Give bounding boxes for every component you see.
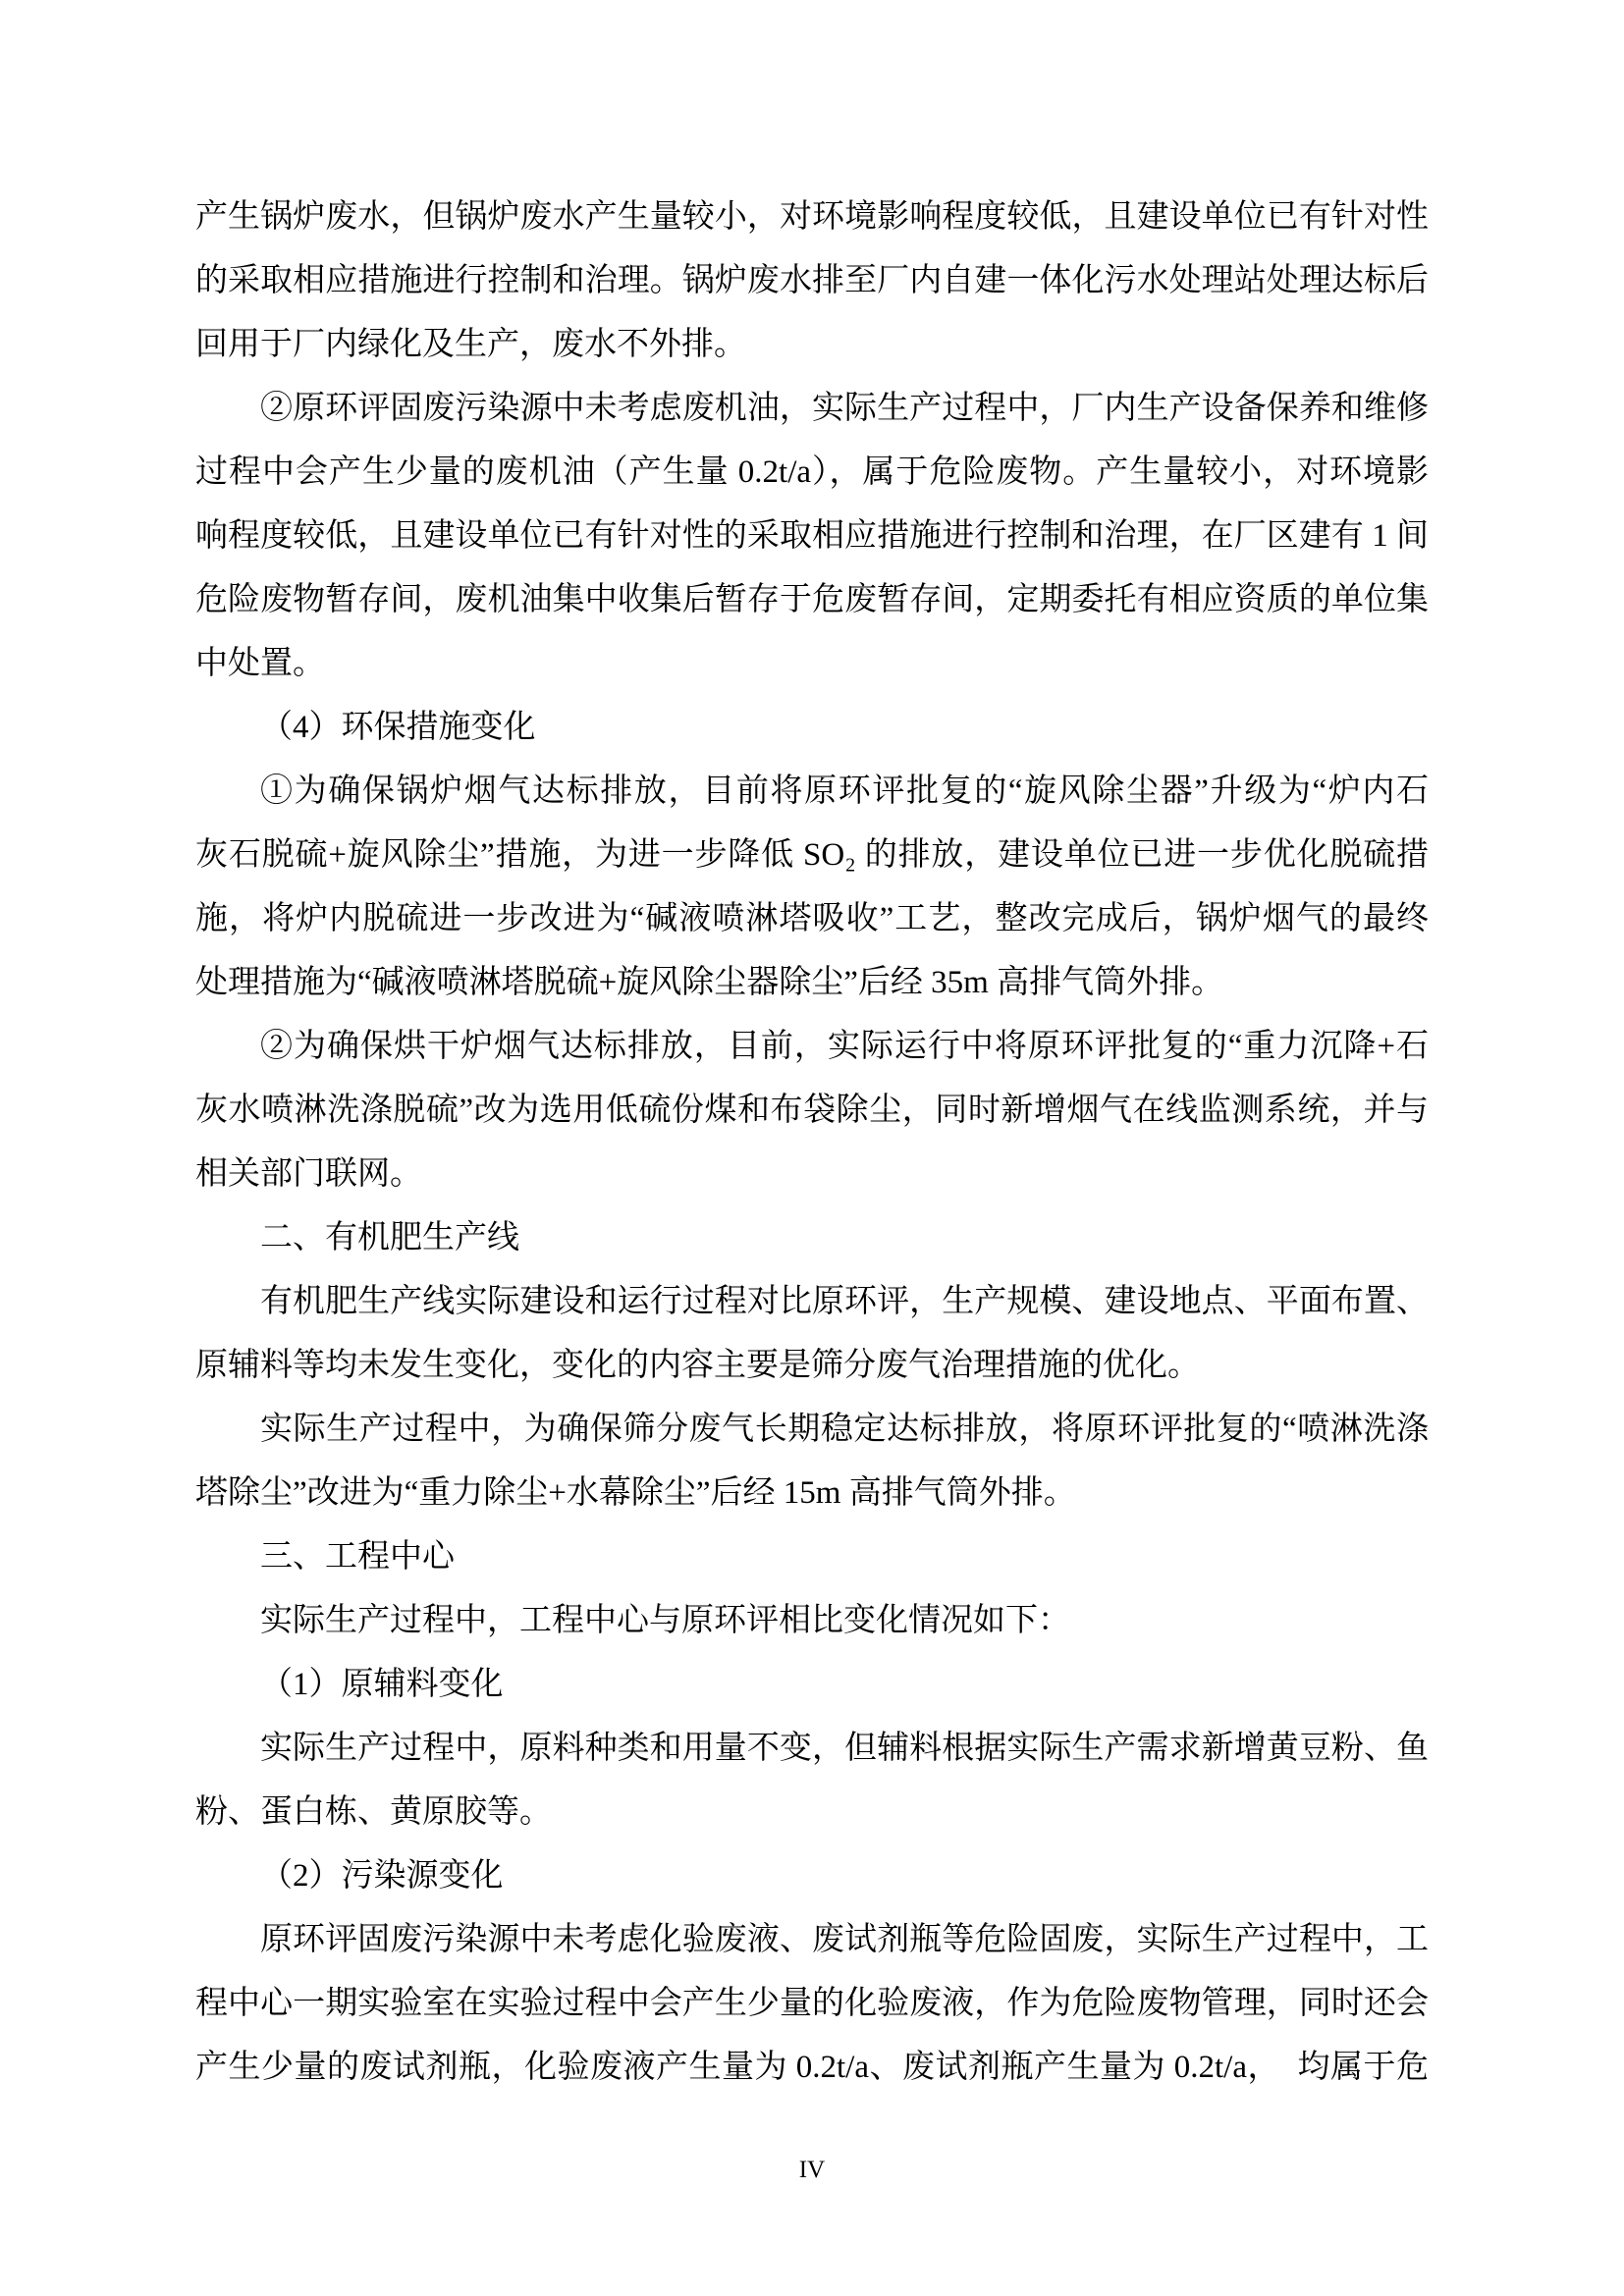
text-line: 回用于厂内绿化及生产，废水不外排。 [195,313,1429,377]
section-heading-line: 三、工程中心 [195,1525,1429,1589]
text-line: 过程中会产生少量的废机油（产生量 0.2t/a），属于危险废物。产生量较小，对环… [195,441,1429,505]
text-line: 处理措施为“碱液喷淋塔脱硫+旋风除尘器除尘”后经 35m 高排气筒外排。 [195,951,1429,1015]
text-line: ②原环评固废污染源中未考虑废机油，实际生产过程中，厂内生产设备保养和维修 [195,377,1429,441]
text-line: 实际生产过程中，工程中心与原环评相比变化情况如下： [195,1589,1429,1653]
text-line: 危险废物暂存间，废机油集中收集后暂存于危废暂存间，定期委托有相应资质的单位集 [195,568,1429,632]
text-line: 实际生产过程中，原料种类和用量不变，但辅料根据实际生产需求新增黄豆粉、鱼 [195,1717,1429,1781]
text-line: 施，将炉内脱硫进一步改进为“碱液喷淋塔吸收”工艺，整改完成后，锅炉烟气的最终 [195,887,1429,951]
text-line: 塔除尘”改进为“重力除尘+水幕除尘”后经 15m 高排气筒外排。 [195,1462,1429,1525]
text-line: ①为确保锅炉烟气达标排放，目前将原环评批复的“旋风除尘器”升级为“炉内石 [195,760,1429,824]
text-line: 产生锅炉废水，但锅炉废水产生量较小，对环境影响程度较低，且建设单位已有针对性 [195,186,1429,249]
text-line: 原辅料等均未发生变化，变化的内容主要是筛分废气治理措施的优化。 [195,1334,1429,1398]
text-line: 粉、蛋白栋、黄原胶等。 [195,1781,1429,1844]
text-line: 相关部门联网。 [195,1143,1429,1206]
text-line: 响程度较低，且建设单位已有针对性的采取相应措施进行控制和治理，在厂区建有 1 间 [195,505,1429,568]
text-line: 原环评固废污染源中未考虑化验废液、废试剂瓶等危险固废，实际生产过程中，工 [195,1908,1429,1972]
text-line: 灰石脱硫+旋风除尘”措施，为进一步降低 SO₂ 的排放，建设单位已进一步优化脱硫… [195,824,1429,887]
text-line: 有机肥生产线实际建设和运行过程对比原环评，生产规模、建设地点、平面布置、 [195,1270,1429,1334]
section-heading-line: （4）环保措施变化 [195,696,1429,760]
text-line: 灰水喷淋洗涤脱硫”改为选用低硫份煤和布袋除尘，同时新增烟气在线监测系统，并与 [195,1079,1429,1143]
section-heading-line: 二、有机肥生产线 [195,1206,1429,1270]
section-heading-line: （1）原辅料变化 [195,1653,1429,1717]
text-line: 产生少量的废试剂瓶，化验废液产生量为 0.2t/a、废试剂瓶产生量为 0.2t/… [195,2036,1429,2100]
text-line: 中处置。 [195,632,1429,696]
page-footer: IV [0,2156,1624,2185]
document-page: 产生锅炉废水，但锅炉废水产生量较小，对环境影响程度较低，且建设单位已有针对性 的… [0,0,1624,2296]
text-line: 的采取相应措施进行控制和治理。锅炉废水排至厂内自建一体化污水处理站处理达标后 [195,249,1429,313]
text-line: 实际生产过程中，为确保筛分废气长期稳定达标排放，将原环评批复的“喷淋洗涤 [195,1398,1429,1462]
document-body: 产生锅炉废水，但锅炉废水产生量较小，对环境影响程度较低，且建设单位已有针对性 的… [195,186,1429,2100]
text-line: 程中心一期实验室在实验过程中会产生少量的化验废液，作为危险废物管理，同时还会 [195,1972,1429,2036]
section-heading-line: （2）污染源变化 [195,1844,1429,1908]
text-line: ②为确保烘干炉烟气达标排放，目前，实际运行中将原环评批复的“重力沉降+石 [195,1015,1429,1079]
page-number: IV [799,2157,825,2183]
